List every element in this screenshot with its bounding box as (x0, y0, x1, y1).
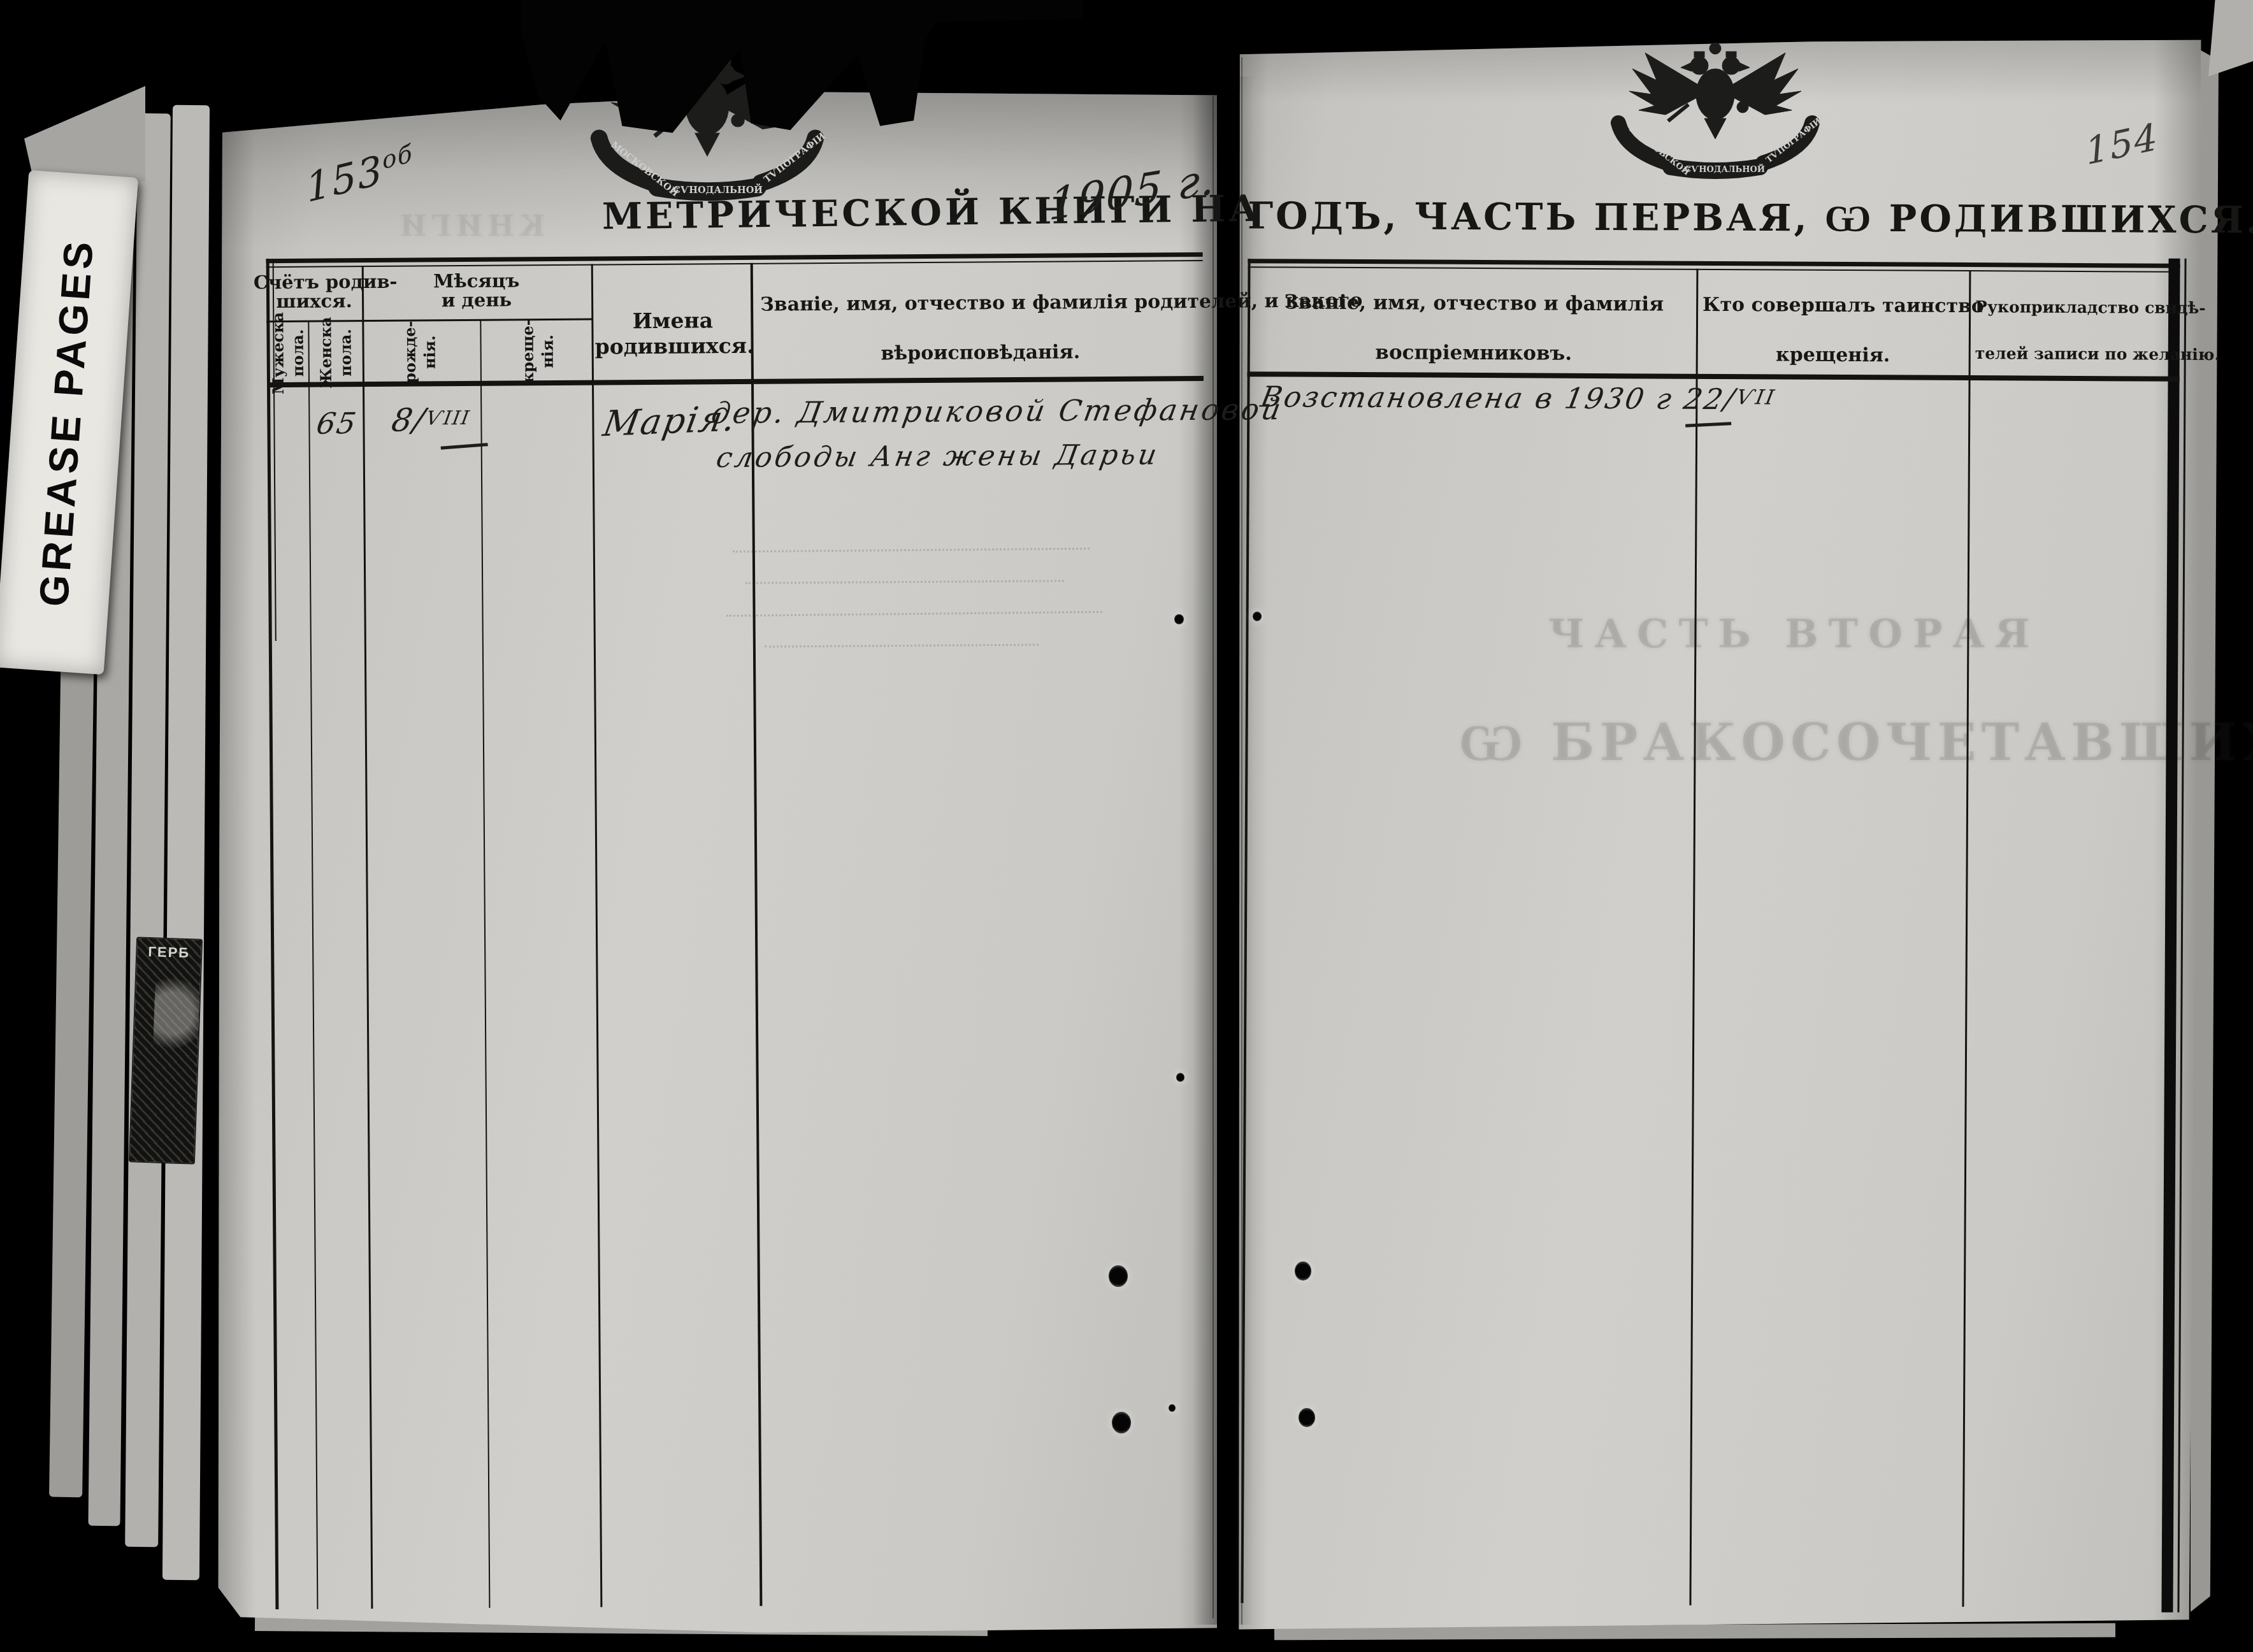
stack-top-corner (24, 86, 145, 182)
paper-hole (1112, 1412, 1131, 1433)
header-count-of-born: Счётъ родив-шихся. (254, 272, 375, 312)
top-right-corner-pages (2208, 0, 2253, 76)
paper-hole (1174, 614, 1184, 624)
binding-fold-line (1213, 96, 1214, 1618)
header-celebrant: Кто совершалъ таинство крещенія. (1702, 280, 1964, 381)
entry-female-number: 65 (314, 406, 360, 441)
stamp-label: ГЕРБ (137, 943, 201, 961)
header-names-of-born: Имена родившихся. (594, 308, 751, 359)
entry-note-month-underline (1685, 422, 1731, 427)
header-male-sex: Мужескапола. (268, 322, 308, 384)
header-female-sex: Женскапола. (311, 322, 359, 384)
bleedthrough-text: КНИГИ (395, 210, 545, 243)
page-edge-stack (162, 105, 210, 1580)
grease-pages-label: GREASE PAGES (30, 236, 103, 608)
left-table: Счётъ родив-шихся. Мѣсяцъи день Мужескап… (266, 248, 1213, 1612)
crest-ribbon-word: СѴНОДАЛЬНОЙ (1685, 164, 1765, 175)
paper-hole (1295, 1261, 1311, 1281)
paper-hole (1253, 612, 1262, 621)
header-parents: Званіе, имя, отчество и фамилія родителе… (760, 277, 1200, 380)
crest-ribbon-word: ТѴПОГРАФІИ (1764, 117, 1823, 166)
paper-hole (1176, 1073, 1184, 1082)
entry-birth-date: 8/ѴІІІ (389, 401, 473, 439)
right-table: Званіе, имя, отчество и фамилія воспріем… (1241, 254, 2189, 1612)
header-month-and-day: Мѣсяцъи день (416, 271, 537, 310)
book-scan: 153об МОСКОВСКОЙ СѴНОДАЛЬНОЙ ТѴПОГРАФІИ … (0, 0, 2253, 1652)
imperial-eagle-crest-right: МОСКОВСКОЙ СѴНОДАЛЬНОЙ ТѴПОГРАФІИ (1607, 31, 1824, 183)
stamp-fragment: ГЕРБ (129, 937, 203, 1164)
paper-hole (1109, 1265, 1128, 1287)
header-godparents: Званіе, имя, отчество и фамилія воспріем… (1267, 278, 1681, 378)
entry-parents-line1: дер. Дмитриковой Стефановой (709, 392, 1286, 430)
entry-parents-line2: слободы Анг жены Дарьи (714, 438, 1162, 474)
paper-hole (1169, 1404, 1176, 1412)
header-baptism-date: креще-нія. (505, 320, 570, 382)
entry-restored-note: Возстановлена в 1930 г 22/ѴІІ (1258, 380, 1779, 416)
page-number-sup: об (381, 139, 415, 175)
right-page-title: ГОДЪ, ЧАСТЬ ПЕРВАЯ, Ѡ РОДИВШИХСЯ. (1248, 194, 2253, 242)
paper-hole (1299, 1408, 1315, 1427)
header-birth-date: рожде-нія. (387, 321, 452, 383)
header-witness-signatures: Рукоприкладство свидѣ- телей записи по ж… (1975, 284, 2167, 378)
